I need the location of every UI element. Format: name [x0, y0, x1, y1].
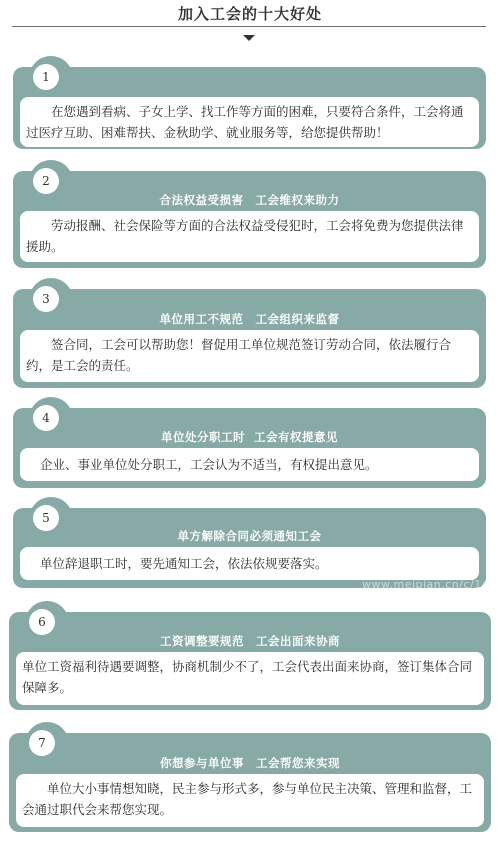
card-body-text: 单位工资福利待遇要调整，协商机制少不了，工会代表出面来协商，签订集体合同保障多。 [16, 652, 484, 705]
down-triangle-icon [243, 35, 255, 41]
card-heading: 合法权益受损害 工会维权来助力 [13, 192, 486, 208]
card-body-text: 企业、事业单位处分职工，工会认为不适当，有权提出意见。 [20, 448, 479, 481]
number-badge: 2 [33, 168, 59, 194]
number-badge: 4 [33, 405, 59, 431]
benefit-card-6: 6 工资调整要规范 工会出面来协商 单位工资福利待遇要调整，协商机制少不了，工会… [9, 612, 491, 710]
card-heading: 工资调整要规范 工会出面来协商 [9, 633, 491, 649]
number-badge: 3 [33, 286, 59, 312]
card-heading: 单位用工不规范 工会组织来监督 [13, 311, 486, 327]
page-title: 加入工会的十大好处 [0, 3, 500, 24]
benefit-card-7: 7 你想参与单位事 工会帮您来实现 单位大小事情想知晓，民主参与形式多，参与单位… [9, 733, 491, 832]
number-badge: 6 [29, 609, 55, 635]
card-body-text: 单位辞退职工时，要先通知工会，依法依规要落实。 [20, 547, 479, 580]
benefit-card-3: 3 单位用工不规范 工会组织来监督 签合同，工会可以帮助您！督促用工单位规范签订… [13, 289, 486, 388]
number-badge: 1 [33, 64, 59, 90]
card-body-text: 劳动报酬、社会保险等方面的合法权益受侵犯时，工会将免费为您提供法律援助。 [20, 211, 479, 262]
benefit-card-5: 5 单方解除合同必须通知工会 单位辞退职工时，要先通知工会，依法依规要落实。 [13, 508, 486, 588]
watermark: www.meipian.cn/c/1444 [362, 578, 500, 591]
number-badge: 7 [29, 730, 55, 756]
card-heading: 单位处分职工时 工会有权提意见 [13, 429, 486, 445]
card-body-text: 在您遇到看病、子女上学、找工作等方面的困难，只要符合条件，工会将通过医疗互助、困… [20, 97, 479, 147]
card-heading: 单方解除合同必须通知工会 [13, 528, 486, 544]
card-heading: 你想参与单位事 工会帮您来实现 [9, 755, 491, 771]
benefit-card-1: 1 在您遇到看病、子女上学、找工作等方面的困难，只要符合条件，工会将通过医疗互助… [13, 67, 486, 149]
benefit-card-4: 4 单位处分职工时 工会有权提意见 企业、事业单位处分职工，工会认为不适当，有权… [13, 408, 486, 488]
header-divider [12, 26, 486, 27]
card-body-text: 签合同，工会可以帮助您！督促用工单位规范签订劳动合同，依法履行合约，是工会的责任… [20, 330, 479, 382]
benefit-card-2: 2 合法权益受损害 工会维权来助力 劳动报酬、社会保险等方面的合法权益受侵犯时，… [13, 171, 486, 268]
card-body-text: 单位大小事情想知晓，民主参与形式多，参与单位民主决策、管理和监督，工会通过职代会… [16, 774, 484, 827]
